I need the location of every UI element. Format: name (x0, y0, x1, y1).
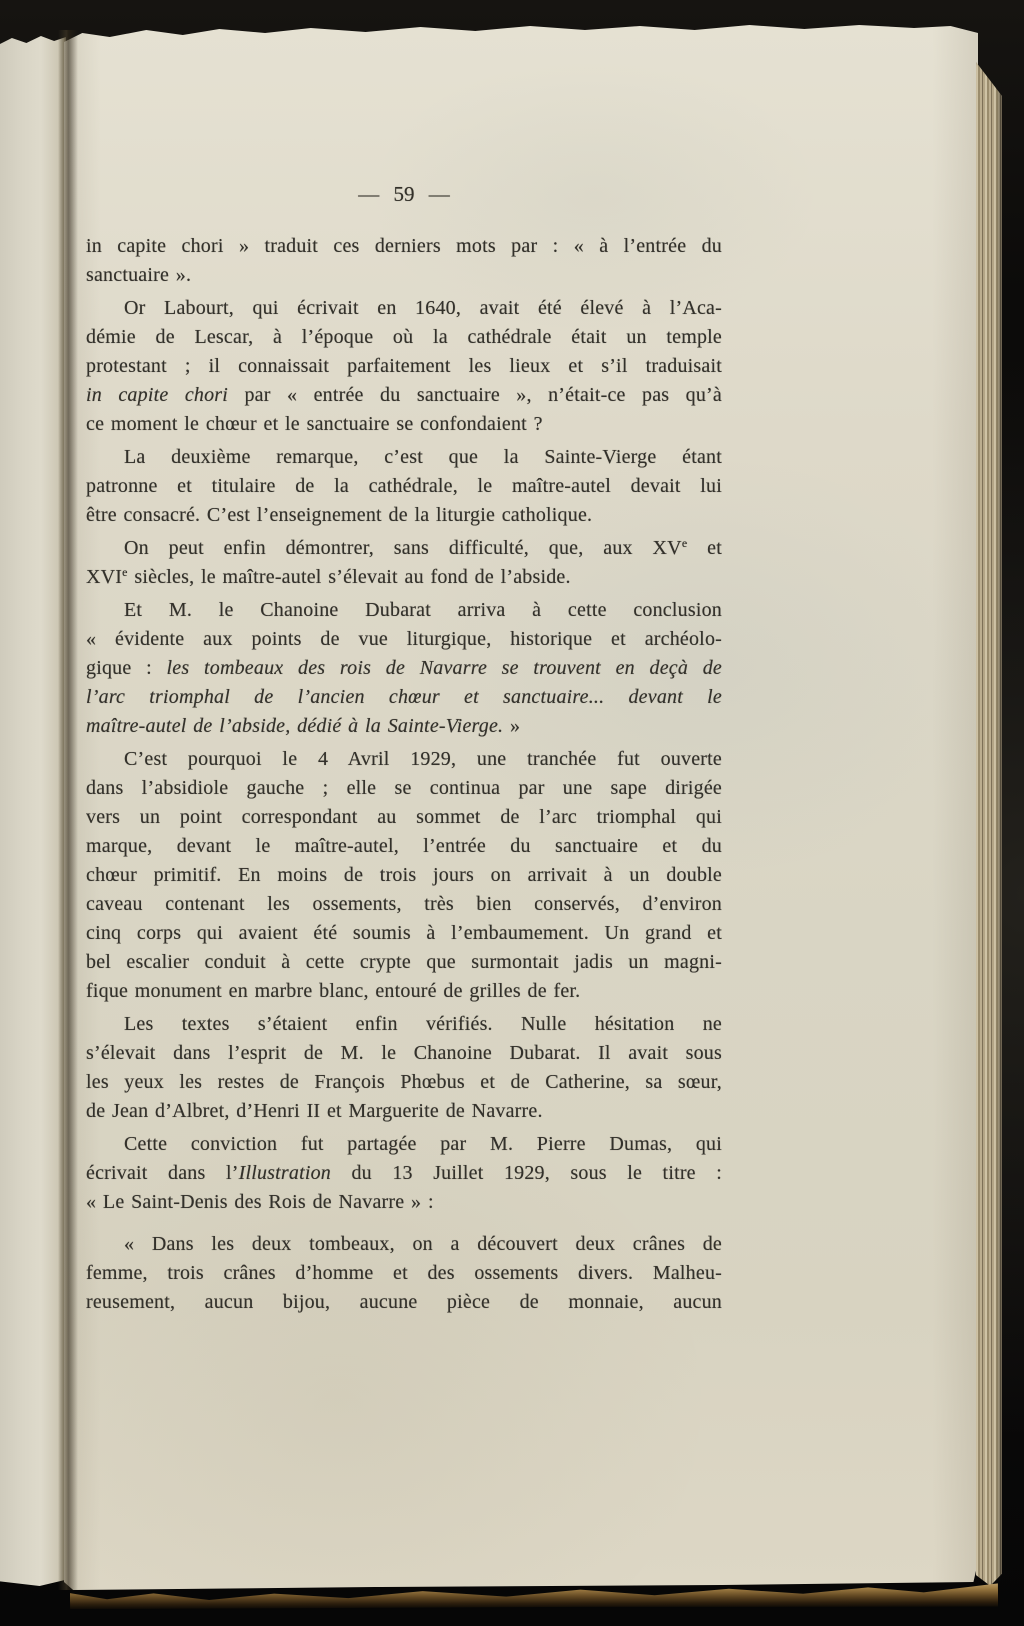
text-segment: démie de Lescar, à l’époque où la cathéd… (86, 326, 722, 348)
paragraph: La deuxième remarque, c’est que la Saint… (86, 443, 722, 530)
text-segment: « Dans les deux tombeaux, on a découvert… (124, 1233, 722, 1255)
text-line: l’arc triomphal de l’ancien chœur et san… (86, 683, 722, 712)
paragraph: Or Labourt, qui écrivait en 1640, avait … (86, 294, 722, 439)
text-line: bel escalier conduit à cette crypte que … (86, 948, 722, 977)
text-segment: ce moment le chœur et le sanctuaire se c… (86, 413, 543, 435)
paragraph: Et M. le Chanoine Dubarat arriva à cette… (86, 596, 722, 741)
text-line: maître-autel de l’abside, dédié à la Sai… (86, 712, 722, 741)
text-line: in capite chori par « entrée du sanctuai… (86, 381, 722, 410)
text-segment: du 13 Juillet 1929, sous le titre : (331, 1162, 722, 1184)
text-line: femme, trois crânes d’homme et des ossem… (86, 1259, 722, 1288)
text-line: de Jean d’Albret, d’Henri II et Margueri… (86, 1097, 722, 1126)
paragraph: On peut enfin démontrer, sans difficulté… (86, 534, 722, 592)
paragraph: « Dans les deux tombeaux, on a découvert… (86, 1230, 722, 1317)
text-line: « Le Saint-Denis des Rois de Navarre » : (86, 1188, 722, 1217)
text-line: dans l’absidiole gauche ; elle se contin… (86, 774, 722, 803)
text-line: démie de Lescar, à l’époque où la cathéd… (86, 323, 722, 352)
paragraph: Cette conviction fut partagée par M. Pie… (86, 1130, 722, 1217)
text-segment: l’arc triomphal de l’ancien chœur et san… (86, 686, 722, 708)
text-line: patronne et titulaire de la cathédrale, … (86, 472, 722, 501)
text-segment: cinq corps qui avaient été soumis à l’em… (86, 922, 722, 944)
text-segment: maître-autel de l’abside, dédié à la Sai… (86, 715, 503, 737)
text-line: ce moment le chœur et le sanctuaire se c… (86, 410, 722, 439)
text-segment: siècles, le maître-autel s’élevait au fo… (128, 566, 571, 588)
text-segment: » (503, 715, 520, 737)
text-line: Les textes s’étaient enfin vérifiés. Nul… (86, 1010, 722, 1039)
text-segment: caveau contenant les ossements, très bie… (86, 893, 722, 915)
text-line: s’élevait dans l’esprit de M. le Chanoin… (86, 1039, 722, 1068)
text-line: XVIe siècles, le maître-autel s’élevait … (86, 563, 722, 592)
text-segment: s’élevait dans l’esprit de M. le Chanoin… (86, 1042, 722, 1064)
text-segment: vers un point correspondant au sommet de… (86, 806, 722, 828)
text-segment: Cette conviction fut partagée par M. Pie… (124, 1133, 722, 1155)
text-segment: Or Labourt, qui écrivait en 1640, avait … (124, 297, 722, 319)
text-line: marque, devant le maître-autel, l’entrée… (86, 832, 722, 861)
text-line: reusement, aucun bijou, aucune pièce de … (86, 1288, 722, 1317)
text-segment: gique : (86, 657, 167, 679)
text-line: vers un point correspondant au sommet de… (86, 803, 722, 832)
text-segment: et (687, 537, 722, 559)
text-segment: « Le Saint-Denis des Rois de Navarre » : (86, 1191, 434, 1213)
text-block: in capite chori » traduit ces derniers m… (86, 232, 722, 1321)
paragraph: C’est pourquoi le 4 Avril 1929, une tran… (86, 745, 722, 1006)
text-segment: XVI (86, 566, 122, 588)
gutter-crease (58, 30, 78, 1590)
text-line: être consacré. C’est l’enseignement de l… (86, 501, 722, 530)
text-segment: patronne et titulaire de la cathédrale, … (86, 475, 722, 497)
text-segment: chœur primitif. En moins de trois jours … (86, 864, 722, 886)
text-line: « Dans les deux tombeaux, on a découvert… (86, 1230, 722, 1259)
paragraph: in capite chori » traduit ces derniers m… (86, 232, 722, 290)
text-segment: Et M. le Chanoine Dubarat arriva à cette… (124, 599, 722, 621)
text-line: chœur primitif. En moins de trois jours … (86, 861, 722, 890)
text-segment: C’est pourquoi le 4 Avril 1929, une tran… (124, 748, 722, 770)
text-segment: in capite chori (86, 384, 228, 406)
text-line: Cette conviction fut partagée par M. Pie… (86, 1130, 722, 1159)
text-segment: in capite chori » traduit ces derniers m… (86, 235, 722, 257)
text-line: « évidente aux points de vue liturgique,… (86, 625, 722, 654)
text-segment: de Jean d’Albret, d’Henri II et Margueri… (86, 1100, 543, 1122)
text-segment: les yeux les restes de François Phœbus e… (86, 1071, 722, 1093)
text-line: in capite chori » traduit ces derniers m… (86, 232, 722, 261)
page-number: — 59 — (86, 182, 722, 207)
text-segment: par « entrée du sanctuaire », n’était-ce… (228, 384, 722, 406)
text-segment: écrivait dans l’ (86, 1162, 239, 1184)
text-segment: Illustration (239, 1162, 331, 1184)
text-segment: marque, devant le maître-autel, l’entrée… (86, 835, 722, 857)
text-segment: La deuxième remarque, c’est que la Saint… (124, 446, 722, 468)
text-segment: On peut enfin démontrer, sans difficulté… (124, 537, 682, 559)
text-line: les yeux les restes de François Phœbus e… (86, 1068, 722, 1097)
text-line: sanctuaire ». (86, 261, 722, 290)
text-line: Or Labourt, qui écrivait en 1640, avait … (86, 294, 722, 323)
text-segment: Les textes s’étaient enfin vérifiés. Nul… (124, 1013, 722, 1035)
text-line: cinq corps qui avaient été soumis à l’em… (86, 919, 722, 948)
text-segment: bel escalier conduit à cette crypte que … (86, 951, 722, 973)
text-segment: reusement, aucun bijou, aucune pièce de … (86, 1291, 722, 1313)
text-segment: protestant ; il connaissait parfaitement… (86, 355, 722, 377)
text-segment: les tombeaux des rois de Navarre se trou… (167, 657, 722, 679)
text-segment: femme, trois crânes d’homme et des ossem… (86, 1262, 722, 1284)
text-line: protestant ; il connaissait parfaitement… (86, 352, 722, 381)
text-line: fique monument en marbre blanc, entouré … (86, 977, 722, 1006)
text-line: On peut enfin démontrer, sans difficulté… (86, 534, 722, 563)
text-line: écrivait dans l’Illustration du 13 Juill… (86, 1159, 722, 1188)
text-segment: « évidente aux points de vue liturgique,… (86, 628, 722, 650)
text-line: C’est pourquoi le 4 Avril 1929, une tran… (86, 745, 722, 774)
page-stack-right-edge (976, 62, 1002, 1592)
text-line: Et M. le Chanoine Dubarat arriva à cette… (86, 596, 722, 625)
facing-page-edge (0, 34, 66, 1586)
paragraph: Les textes s’étaient enfin vérifiés. Nul… (86, 1010, 722, 1126)
text-line: La deuxième remarque, c’est que la Saint… (86, 443, 722, 472)
text-segment: sanctuaire ». (86, 264, 191, 286)
text-segment: dans l’absidiole gauche ; elle se contin… (86, 777, 722, 799)
text-segment: fique monument en marbre blanc, entouré … (86, 980, 580, 1002)
text-segment: être consacré. C’est l’enseignement de l… (86, 504, 592, 526)
text-line: gique : les tombeaux des rois de Navarre… (86, 654, 722, 683)
text-line: caveau contenant les ossements, très bie… (86, 890, 722, 919)
